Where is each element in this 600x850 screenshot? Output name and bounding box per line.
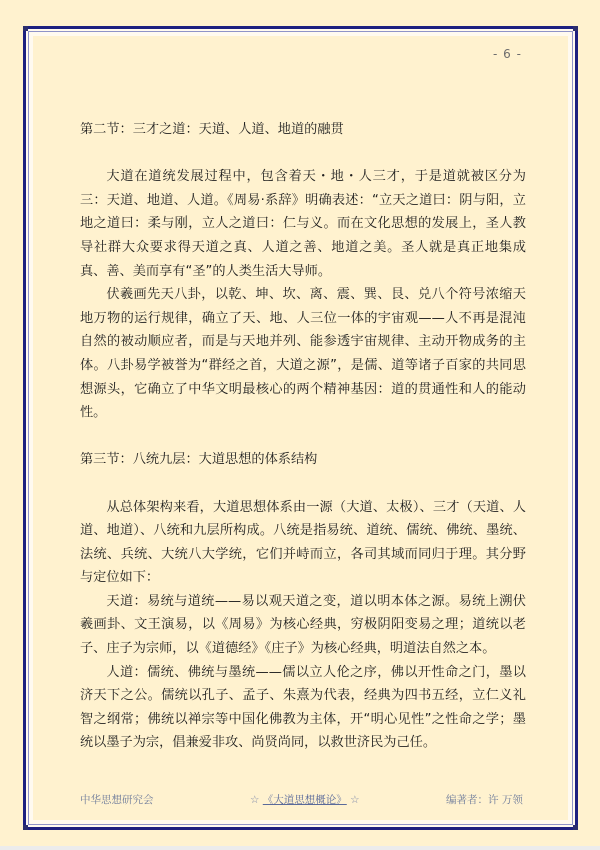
spacer	[80, 142, 526, 166]
viewer-bottom-edge	[0, 846, 600, 850]
paragraph: 大道在道统发展过程中，包含着天・地・人三才，于是道就被区分为三：天道、地道、人道…	[80, 165, 526, 283]
footer-organization: 中华思想研究会	[80, 792, 154, 807]
book-title-link[interactable]: 《大道思想概论》	[263, 794, 347, 806]
section-heading-2: 第二节：三才之道：天道、人道、地道的融贯	[80, 118, 526, 142]
footer-author: 编著者：许 万领	[446, 792, 523, 807]
paragraph: 天道：易统与道统——易以观天道之变，道以明本体之源。易统上溯伏羲画卦、文王演易，…	[80, 590, 526, 661]
frame-corner-ornament	[23, 26, 28, 31]
frame-corner-ornament	[573, 26, 578, 31]
paragraph: 伏羲画先天八卦，以乾、坤、坎、离、震、巽、艮、兑八个符号浓缩天地万物的运行规律，…	[80, 283, 526, 425]
document-body: 第二节：三才之道：天道、人道、地道的融贯 大道在道统发展过程中，包含着天・地・人…	[80, 118, 526, 755]
star-icon: ☆	[250, 794, 259, 806]
page-number: - 6 -	[493, 47, 522, 61]
paragraph: 从总体架构来看，大道思想体系由一源（大道、太极）、三才（天道、人道、地道）、八统…	[80, 496, 526, 590]
frame-corner-ornament	[23, 825, 28, 830]
frame-corner-ornament	[573, 825, 578, 830]
footer-book-title: ☆ 《大道思想概论》 ☆	[250, 792, 360, 807]
section-heading-3: 第三节：八统九层：大道思想的体系结构	[80, 448, 526, 472]
star-icon: ☆	[350, 794, 359, 806]
page-footer: 中华思想研究会 ☆ 《大道思想概论》 ☆ 编著者：许 万领	[0, 792, 600, 812]
spacer	[80, 425, 526, 449]
spacer	[80, 472, 526, 496]
paragraph: 人道：儒统、佛统与墨统——儒以立人伦之序，佛以开性命之门，墨以济天下之公。儒统以…	[80, 661, 526, 755]
